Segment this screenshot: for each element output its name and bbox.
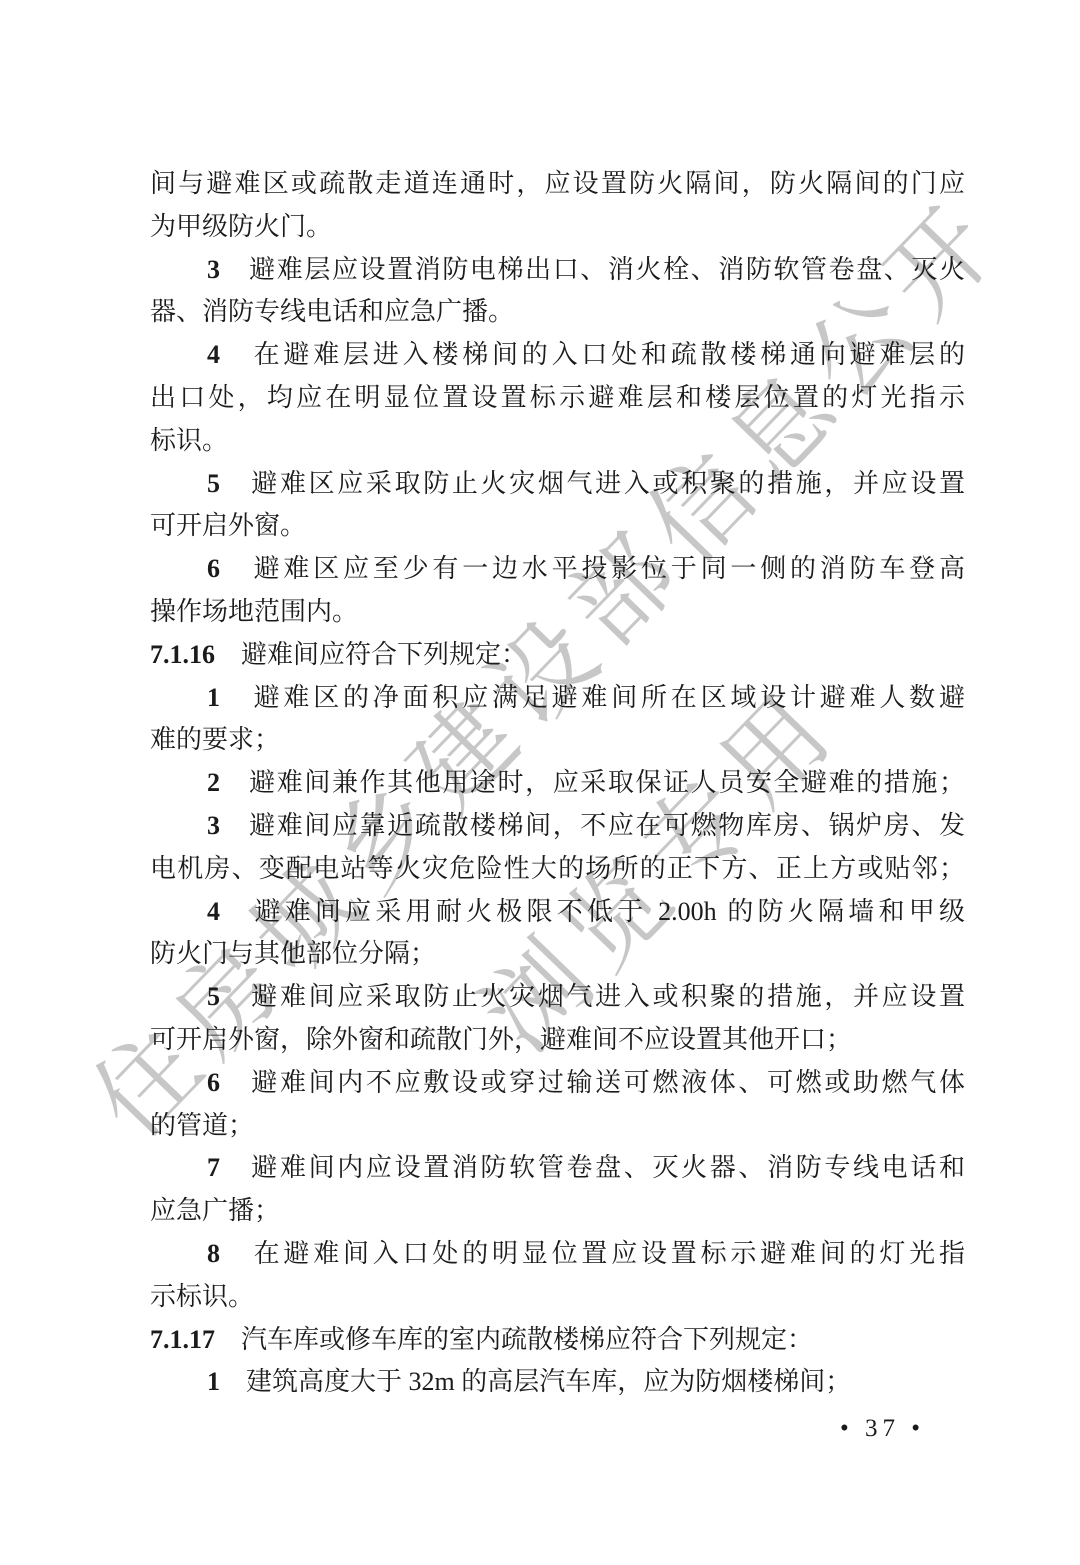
text-line: 8 在避难间入口处的明显位置应设置标示避难间的灯光指 — [150, 1233, 965, 1276]
text-line: 6 避难间内不应敷设或穿过输送可燃液体、可燃或助燃气体 — [150, 1062, 965, 1105]
text-line: 应急广播； — [150, 1190, 965, 1233]
item-number: 7.1.16 — [150, 640, 215, 669]
item-number: 7.1.17 — [150, 1325, 215, 1354]
text-line: 操作场地范围内。 — [150, 591, 965, 634]
text-segment: 避难区应至少有一边水平投影位于同一侧的消防车登高 — [220, 554, 965, 583]
text-segment: 避难间兼作其他用途时，应采取保证人员安全避难的措施； — [220, 768, 965, 797]
document-page: 住房城乡建设部信息公开 浏览专用 间与避难区或疏散走道连通时，应设置防火隔间，防… — [0, 0, 1080, 1565]
text-segment: 器、消防专线电话和应急广播。 — [150, 297, 514, 326]
text-line: 2 避难间兼作其他用途时，应采取保证人员安全避难的措施； — [150, 762, 965, 805]
text-segment: 间与避难区或疏散走道连通时，应设置防火隔间，防火隔间的门应 — [150, 169, 965, 198]
text-segment: 避难间应采取防止火灾烟气进入或积聚的措施，并应设置 — [220, 982, 965, 1011]
text-segment: 操作场地范围内。 — [150, 597, 358, 626]
text-segment: 标识。 — [150, 426, 228, 455]
item-number: 1 — [207, 683, 220, 712]
text-line: 出口处，均应在明显位置设置标示避难层和楼层位置的灯光指示 — [150, 377, 965, 420]
text-line: 6 避难区应至少有一边水平投影位于同一侧的消防车登高 — [150, 548, 965, 591]
text-segment: 避难间内应设置消防软管卷盘、灭火器、消防专线电话和 — [220, 1153, 965, 1182]
text-segment: 避难区的净面积应满足避难间所在区域设计避难人数避 — [220, 683, 965, 712]
text-segment: 在避难间入口处的明显位置应设置标示避难间的灯光指 — [220, 1239, 965, 1268]
text-segment: 难的要求； — [150, 725, 280, 754]
text-line: 1 避难区的净面积应满足避难间所在区域设计避难人数避 — [150, 677, 965, 720]
text-segment: 避难层应设置消防电梯出口、消火栓、消防软管卷盘、灭火 — [220, 255, 965, 284]
item-number: 3 — [207, 811, 220, 840]
text-segment: 示标识。 — [150, 1282, 254, 1311]
item-number: 8 — [207, 1239, 220, 1268]
text-line: 7.1.17 汽车库或修车库的室内疏散楼梯应符合下列规定： — [150, 1319, 965, 1362]
text-segment: 避难间应符合下列规定： — [215, 640, 527, 669]
text-segment: 避难间应采用耐火极限不低于 2.00h 的防火隔墙和甲级 — [220, 897, 965, 926]
text-segment: 出口处，均应在明显位置设置标示避难层和楼层位置的灯光指示 — [150, 383, 965, 412]
text-segment: 汽车库或修车库的室内疏散楼梯应符合下列规定： — [215, 1325, 813, 1354]
text-segment: 在避难层进入楼梯间的入口处和疏散楼梯通向避难层的 — [220, 340, 965, 369]
text-segment: 电机房、变配电站等火灾危险性大的场所的正下方、正上方或贴邻； — [150, 854, 965, 883]
text-segment: 可开启外窗，除外窗和疏散门外，避难间不应设置其他开口； — [150, 1025, 852, 1054]
text-line: 示标识。 — [150, 1276, 965, 1319]
text-line: 可开启外窗。 — [150, 505, 965, 548]
text-segment: 为甲级防火门。 — [150, 212, 332, 241]
text-segment: 防火门与其他部位分隔； — [150, 939, 436, 968]
item-number: 4 — [207, 897, 220, 926]
text-segment: 可开启外窗。 — [150, 511, 306, 540]
text-line: 器、消防专线电话和应急广播。 — [150, 291, 965, 334]
text-line: 为甲级防火门。 — [150, 206, 965, 249]
page-number: • 37 • — [840, 1415, 925, 1443]
text-line: 7.1.16 避难间应符合下列规定： — [150, 634, 965, 677]
text-line: 3 避难间应靠近疏散楼梯间，不应在可燃物库房、锅炉房、发 — [150, 805, 965, 848]
text-line: 难的要求； — [150, 719, 965, 762]
item-number: 2 — [207, 768, 220, 797]
text-line: 电机房、变配电站等火灾危险性大的场所的正下方、正上方或贴邻； — [150, 848, 965, 891]
text-line: 的管道； — [150, 1105, 965, 1148]
page-body: 间与避难区或疏散走道连通时，应设置防火隔间，防火隔间的门应为甲级防火门。3 避难… — [150, 163, 965, 1404]
text-segment: 应急广播； — [150, 1196, 280, 1225]
item-number: 4 — [207, 340, 220, 369]
item-number: 3 — [207, 255, 220, 284]
item-number: 5 — [207, 469, 220, 498]
text-segment: 的管道； — [150, 1111, 254, 1140]
text-line: 4 在避难层进入楼梯间的入口处和疏散楼梯通向避难层的 — [150, 334, 965, 377]
text-line: 防火门与其他部位分隔； — [150, 933, 965, 976]
text-line: 1 建筑高度大于 32m 的高层汽车库，应为防烟楼梯间； — [150, 1361, 965, 1404]
text-line: 7 避难间内应设置消防软管卷盘、灭火器、消防专线电话和 — [150, 1147, 965, 1190]
text-line: 标识。 — [150, 420, 965, 463]
item-number: 6 — [207, 554, 220, 583]
text-line: 5 避难间应采取防止火灾烟气进入或积聚的措施，并应设置 — [150, 976, 965, 1019]
text-segment: 避难间应靠近疏散楼梯间，不应在可燃物库房、锅炉房、发 — [220, 811, 965, 840]
text-line: 5 避难区应采取防止火灾烟气进入或积聚的措施，并应设置 — [150, 463, 965, 506]
item-number: 7 — [207, 1153, 220, 1182]
text-segment: 建筑高度大于 32m 的高层汽车库，应为防烟楼梯间； — [220, 1367, 851, 1396]
item-number: 5 — [207, 982, 220, 1011]
text-segment: 避难间内不应敷设或穿过输送可燃液体、可燃或助燃气体 — [220, 1068, 965, 1097]
text-line: 4 避难间应采用耐火极限不低于 2.00h 的防火隔墙和甲级 — [150, 891, 965, 934]
text-line: 3 避难层应设置消防电梯出口、消火栓、消防软管卷盘、灭火 — [150, 249, 965, 292]
text-line: 间与避难区或疏散走道连通时，应设置防火隔间，防火隔间的门应 — [150, 163, 965, 206]
text-line: 可开启外窗，除外窗和疏散门外，避难间不应设置其他开口； — [150, 1019, 965, 1062]
item-number: 1 — [207, 1367, 220, 1396]
item-number: 6 — [207, 1068, 220, 1097]
text-segment: 避难区应采取防止火灾烟气进入或积聚的措施，并应设置 — [220, 469, 965, 498]
